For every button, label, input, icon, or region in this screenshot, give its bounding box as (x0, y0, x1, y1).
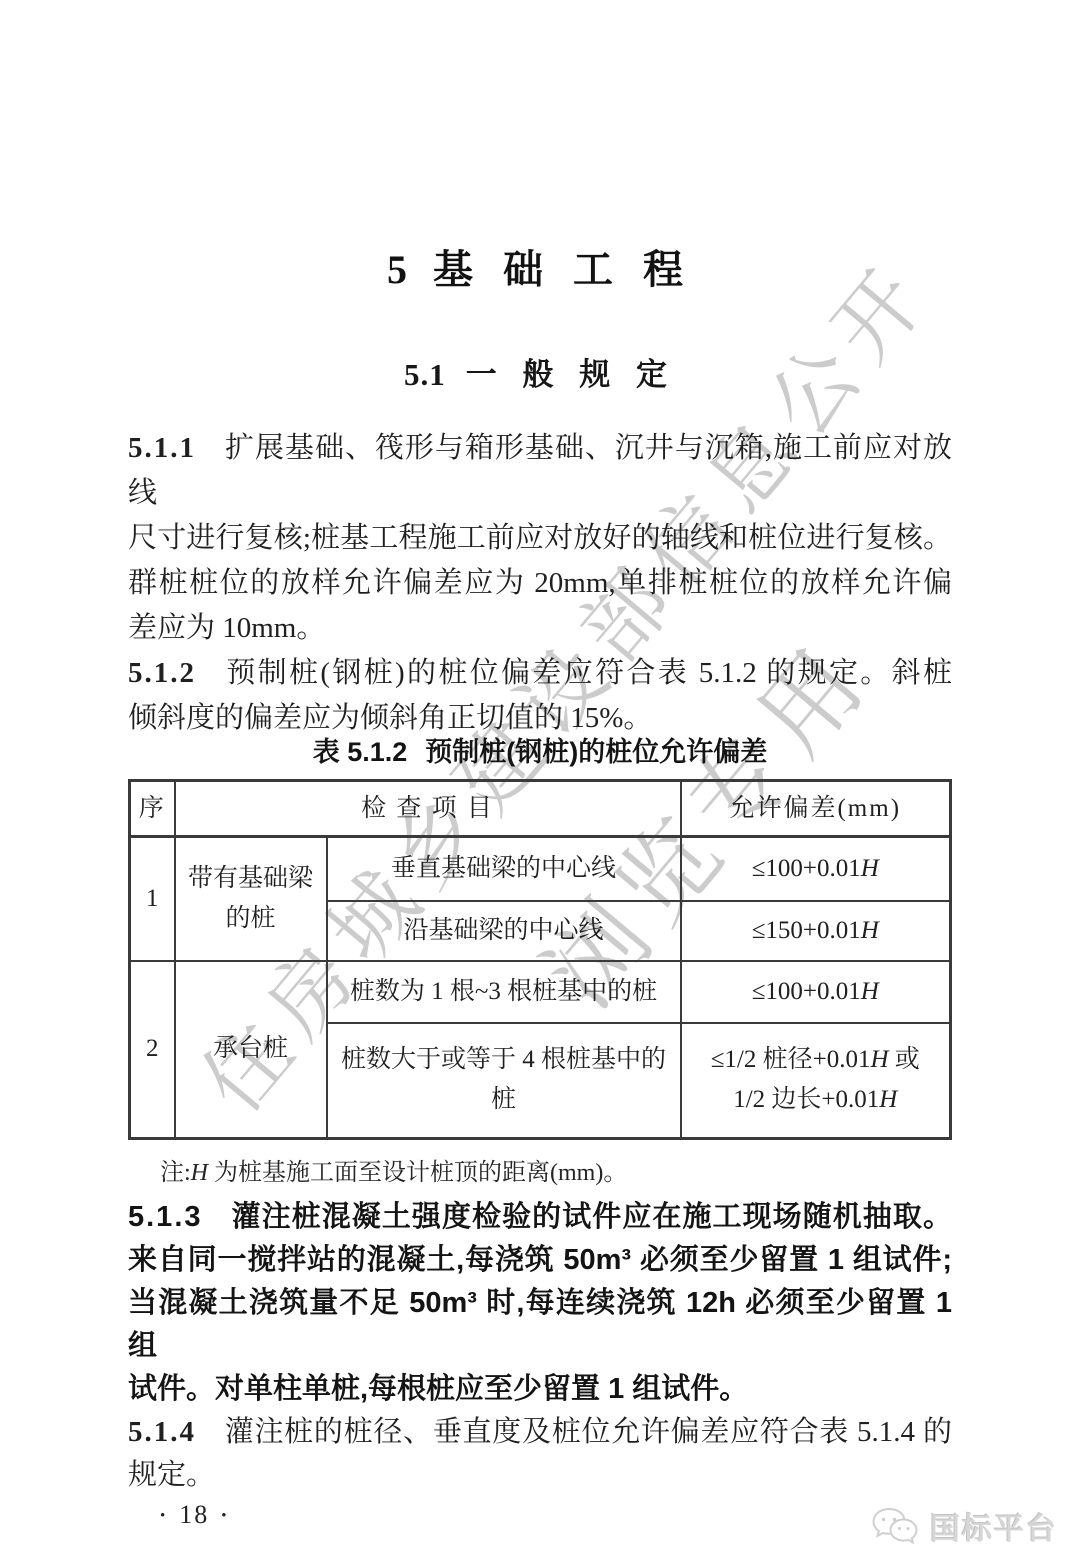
page-number-value: 18 (179, 1500, 209, 1529)
clause-number: 5.1.1 (128, 432, 196, 464)
chapter-title: 5基 础 工 程 (128, 246, 952, 294)
chapter-number: 5 (387, 247, 407, 292)
clause-text: 扩展基础、筏形与箱形基础、沉井与沉箱,施工前应对放线 (128, 432, 952, 509)
table-caption: 表 5.1.2预制桩(钢桩)的桩位允许偏差 (128, 737, 952, 767)
table-5-1-2: 序 检 查 项 目 允许偏差(mm) 1 带有基础梁 的桩 垂直基础梁的中心线 … (128, 779, 952, 1140)
clause-5-1-1: 5.1.1扩展基础、筏形与箱形基础、沉井与沉箱,施工前应对放线 尺寸进行复核;桩… (128, 426, 952, 651)
badge-label: 国标平台 (930, 1504, 1058, 1548)
clause-line: 5.1.2预制桩(钢桩)的桩位偏差应符合表 5.1.2 的规定。斜桩 (128, 651, 952, 696)
clause-line: 试件。对单柱单桩,每根桩应至少留置 1 组试件。 (128, 1368, 952, 1411)
header-cell-item: 检 查 项 目 (175, 781, 681, 837)
section-number: 5.1 (404, 357, 446, 392)
header-cell-index: 序 (130, 781, 175, 837)
clause-line: 来自同一搅拌站的混凝土,每浇筑 50m³ 必须至少留置 1 组试件; (128, 1239, 952, 1282)
clause-line: 当混凝土浇筑量不足 50m³ 时,每连续浇筑 12h 必须至少留置 1 组 (128, 1282, 952, 1368)
page-number: •18• (128, 1501, 952, 1530)
clause-5-1-2: 5.1.2预制桩(钢桩)的桩位偏差应符合表 5.1.2 的规定。斜桩 倾斜度的偏… (128, 651, 952, 741)
section-heading: 5.1一 般 规 定 (128, 358, 952, 392)
clause-text: 灌注桩的桩径、垂直度及桩位允许偏差应符合表 5.1.4 的 (224, 1416, 952, 1448)
table-caption-number: 表 5.1.2 (313, 737, 408, 767)
clause-number: 5.1.4 (128, 1416, 196, 1448)
page-number-dot-right: • (209, 1508, 240, 1524)
cell-item: 桩数大于或等于 4 根桩基中的桩 (327, 1023, 681, 1139)
clause-line: 5.1.4灌注桩的桩径、垂直度及桩位允许偏差应符合表 5.1.4 的 (128, 1411, 952, 1454)
clause-line: 尺寸进行复核;桩基工程施工前应对放好的轴线和桩位进行复核。 (128, 516, 952, 561)
page-content: 5基 础 工 程 5.1一 般 规 定 5.1.1扩展基础、筏形与箱形基础、沉井… (128, 0, 952, 1530)
cell-tolerance: ≤100+0.01H (681, 837, 951, 901)
cell-item: 垂直基础梁的中心线 (327, 837, 681, 901)
table-header-row: 序 检 查 项 目 允许偏差(mm) (130, 781, 951, 837)
clause-5-1-4: 5.1.4灌注桩的桩径、垂直度及桩位允许偏差应符合表 5.1.4 的 规定。 (128, 1411, 952, 1497)
clause-line: 5.1.1扩展基础、筏形与箱形基础、沉井与沉箱,施工前应对放线 (128, 426, 952, 516)
clause-5-1-3: 5.1.3灌注桩混凝土强度检验的试件应在施工现场随机抽取。 来自同一搅拌站的混凝… (128, 1196, 952, 1411)
table-row: 2 承台桩 桩数为 1 根~3 根桩基中的桩 ≤100+0.01H (130, 961, 951, 1023)
cell-tolerance: ≤100+0.01H (681, 961, 951, 1023)
table-row: 1 带有基础梁 的桩 垂直基础梁的中心线 ≤100+0.01H (130, 837, 951, 901)
chapter-title-text: 基 础 工 程 (433, 247, 693, 292)
clause-line: 差应为 10mm。 (128, 606, 952, 651)
cell-tolerance: ≤150+0.01H (681, 901, 951, 961)
document-page: 住房城乡建设部信息公开 浏览专用 5基 础 工 程 5.1一 般 规 定 5.1… (0, 0, 1080, 1566)
gb-platform-badge: 国标平台 (870, 1504, 1058, 1548)
header-cell-tolerance: 允许偏差(mm) (681, 781, 951, 837)
clause-number: 5.1.2 (128, 657, 196, 689)
cell-index: 1 (130, 837, 175, 961)
clause-line: 群桩桩位的放样允许偏差应为 20mm,单排桩桩位的放样允许偏 (128, 561, 952, 606)
wechat-icon (870, 1506, 920, 1546)
cell-tolerance: ≤1/2 桩径+0.01H 或 1/2 边长+0.01H (681, 1023, 951, 1139)
cell-index: 2 (130, 961, 175, 1139)
clause-text: 预制桩(钢桩)的桩位偏差应符合表 5.1.2 的规定。斜桩 (224, 657, 952, 689)
clause-text: 灌注桩混凝土强度检验的试件应在施工现场随机抽取。 (231, 1201, 953, 1233)
table-caption-text: 预制桩(钢桩)的桩位允许偏差 (425, 737, 767, 767)
clause-line: 规定。 (128, 1454, 952, 1497)
cell-item: 沿基础梁的中心线 (327, 901, 681, 961)
cell-group: 带有基础梁 的桩 (175, 837, 327, 961)
clause-line: 倾斜度的偏差应为倾斜角正切值的 15%。 (128, 696, 952, 741)
clause-line: 5.1.3灌注桩混凝土强度检验的试件应在施工现场随机抽取。 (128, 1196, 952, 1239)
table-note: 注:H 为桩基施工面至设计桩顶的距离(mm)。 (128, 1158, 952, 1188)
page-number-dot-left: • (148, 1508, 179, 1524)
cell-item: 桩数为 1 根~3 根桩基中的桩 (327, 961, 681, 1023)
clause-number: 5.1.3 (128, 1201, 203, 1233)
section-title-text: 一 般 规 定 (466, 357, 676, 392)
cell-group: 承台桩 (175, 961, 327, 1139)
